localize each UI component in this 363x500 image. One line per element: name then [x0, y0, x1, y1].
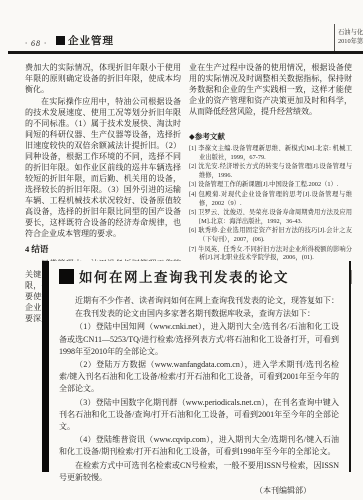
paragraph: 在实际操作应用中，特油公司根据设备的技术发展速度、使用工况等划分折旧年限的不同标… — [25, 96, 181, 239]
notice-paragraph: （1）登陆中国知网（www.cnki.net），进入期刊大全/选刊名/石油和化工… — [59, 321, 339, 358]
notice-content: 如何在网上查询我刊发表的论文 近期有不少作者、读者询问如何在网上查询我刊发表的论… — [59, 266, 339, 472]
running-head-left: · 68 · 企业管理 — [25, 33, 114, 48]
notice-left-black-bar — [42, 261, 49, 472]
notice-title: 如何在网上查询我刊发表的论文 — [79, 266, 289, 286]
reference-item: [2] 沈光安.经济增长方式的转变与设备管理[J].设备管理与维修，1996. — [189, 163, 352, 180]
black-square-icon — [59, 269, 74, 284]
section-title: 企业管理 — [68, 33, 114, 48]
header-vertical-divider — [334, 24, 335, 52]
scanned-journal-page: · 68 · 企业管理 石油与化工设备 2010年第13卷 费加大的实际情况，体… — [0, 0, 363, 500]
journal-name: 石油与化工设备 — [338, 29, 363, 38]
references-heading: ◆参考文献 — [189, 131, 352, 142]
editor-notice-box: 如何在网上查询我刊发表的论文 近期有不少作者、读者询问如何在网上查询我刊发表的论… — [42, 261, 351, 472]
reference-item: [6] 耿秀珍.企业选用固定资产折旧方法的技巧[J].会计之友（下旬刊），200… — [189, 227, 352, 244]
section-heading: 企业管理 — [56, 33, 114, 48]
reference-item: [5] 卫罗云、沈俊迈、吴荣亮.设备寿命周期费用方法及应用[M].北京：海洋出版… — [189, 209, 352, 226]
running-head-right: 石油与化工设备 2010年第13卷 — [338, 29, 363, 46]
journal-issue: 2010年第13卷 — [338, 38, 363, 47]
notice-paragraph: （3）登陆中国数字化期刊群（www.periodicals.net.cn），在刊… — [59, 397, 339, 434]
notice-paragraph: （2）登陆万方数据（www.wanfangdata.com.cn），进入学术期刊… — [59, 359, 339, 396]
paragraph: 业在生产过程中设备的使用情况，根据设备使用的实际情况及时调整相关数据指标，保持财… — [189, 62, 352, 117]
black-square-icon — [56, 36, 65, 45]
reference-item: [3] 设备管理工作的新课题[J].中国设备工程.2002（1）. — [189, 181, 352, 190]
notice-paragraph: 近期有不少作者、读者询问如何在网上查询我刊发表的论文，现答复如下： — [59, 295, 339, 307]
notice-title-row: 如何在网上查询我刊发表的论文 — [59, 266, 339, 286]
notice-signature: （本刊编辑部） — [59, 485, 339, 496]
notice-paragraph: 在检索方式中可选刊名检索或CN号检索，一般不要用ISSN号检索，因ISSN号更新… — [59, 460, 339, 484]
header-rule — [8, 51, 363, 54]
reference-item: [4] 包殿菊.对现代企业设备管理的思考[J].设备管理与维修，2002（9）. — [189, 191, 352, 208]
conclusion-heading: 4 结语 — [25, 243, 181, 255]
notice-paragraph: 在我刊发表的论文由国内多家著名期刊数据库收录，查询方法如下： — [59, 308, 339, 320]
reference-item: [1] 李葆文主编.设备管理新思维、新模式[M].北京: 机械工业出版社，199… — [189, 145, 352, 162]
paragraph: 费加大的实际情况，体现折旧年限小于使用年限的原则确定设备的折旧年限，使成本均衡化… — [25, 62, 181, 95]
page-number: · 68 · — [25, 39, 47, 48]
notice-paragraph: （4）登陆维普资讯（www.cqvip.com），进入期刊大全/选期刊名/键入石… — [59, 434, 339, 458]
